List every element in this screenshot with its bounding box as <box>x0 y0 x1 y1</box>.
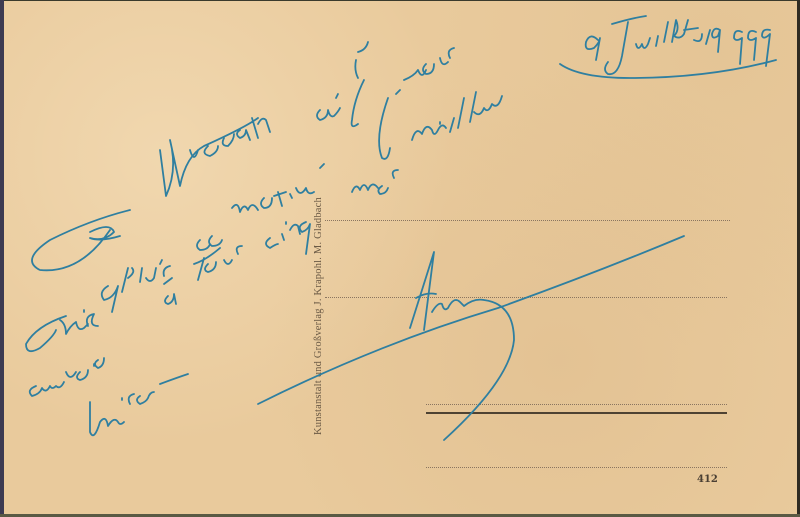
handwritten-message <box>26 42 502 435</box>
handwriting-strokes <box>0 0 800 517</box>
handwritten-signature <box>258 236 684 440</box>
handwritten-date <box>560 16 776 78</box>
